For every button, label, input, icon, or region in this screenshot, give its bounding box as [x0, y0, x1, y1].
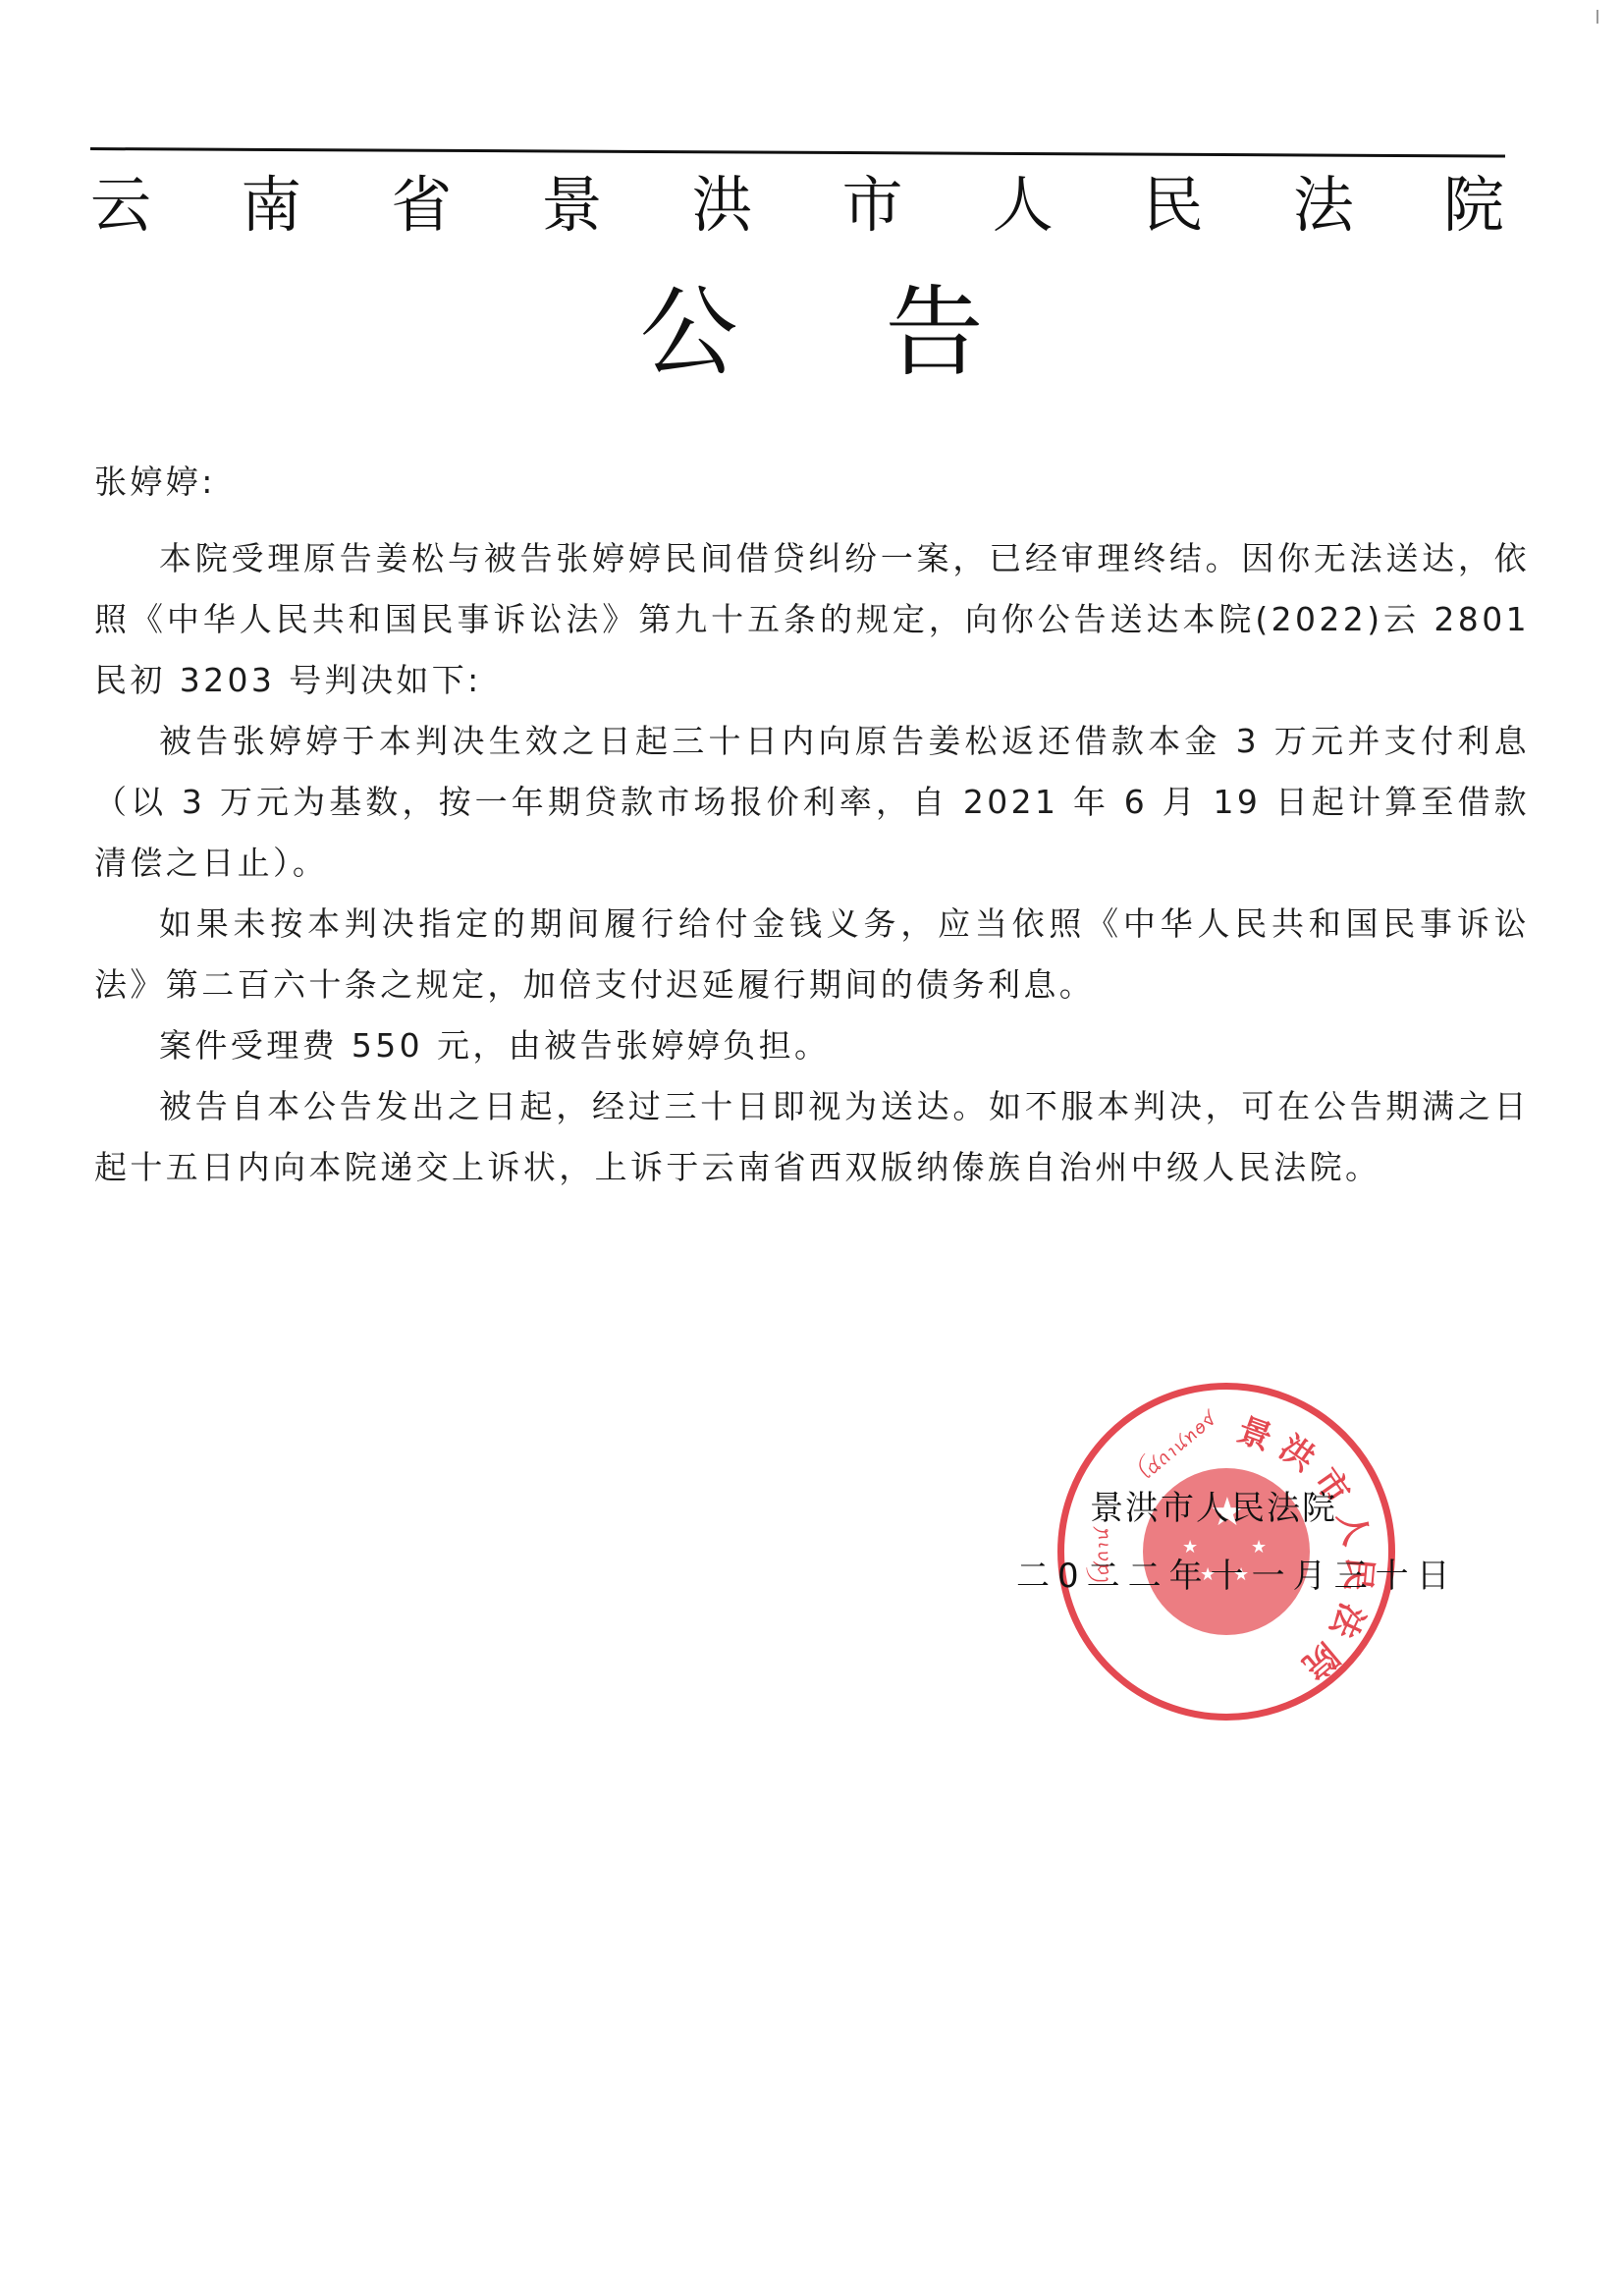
seal-arc-char: 洪: [1271, 1422, 1326, 1481]
court-name-char: 法: [1293, 156, 1354, 244]
paragraph-court-fee: 案件受理费 550 元，由被告张婷婷负担。: [94, 1015, 1530, 1076]
notice-title: 公 告: [0, 253, 1623, 361]
seal-arc-char: 法: [1322, 1597, 1380, 1648]
scan-mark: [1596, 10, 1598, 24]
paragraph-case-intro: 本院受理原告姜松与被告张婷婷民间借贷纠纷一案，已经审理终结。因你无法送达，依照《…: [94, 528, 1530, 711]
court-name-char: 南: [241, 156, 301, 244]
paragraph-late-performance: 如果未按本判决指定的期间履行给付金钱义务，应当依照《中华人民共和国民事诉讼法》第…: [94, 894, 1530, 1015]
court-name-heading: 云 南 省 景 洪 市 人 民 法 院: [90, 165, 1504, 234]
court-name-char: 民: [1143, 156, 1204, 244]
court-name-char: 省: [391, 156, 452, 244]
paragraph-appeal: 被告自本公告发出之日起，经过三十日即视为送达。如不服本判决，可在公告期满之日起十…: [94, 1076, 1530, 1198]
issuing-court-signature: 景洪市人民法院: [1090, 1481, 1337, 1529]
salutation: 张婷婷:: [94, 452, 1530, 513]
court-name-char: 云: [90, 156, 151, 244]
court-name-char: 人: [993, 156, 1054, 244]
issue-date: 二0二二年十一月三十日: [1016, 1549, 1458, 1597]
court-name-char: 洪: [691, 156, 752, 244]
paragraph-judgment: 被告张婷婷于本判决生效之日起三十日内向原告姜松返还借款本金 3 万元并支付利息（…: [94, 711, 1530, 894]
notice-body: 张婷婷: 本院受理原告姜松与被告张婷婷民间借贷纠纷一案，已经审理终结。因你无法送…: [94, 452, 1530, 1198]
notice-title-char: 公: [640, 253, 738, 361]
seal-arc-char: 院: [1294, 1634, 1351, 1692]
court-name-char: 市: [842, 156, 903, 244]
court-name-char: 景: [541, 156, 602, 244]
notice-title-char: 告: [886, 253, 984, 361]
court-name-char: 院: [1443, 156, 1504, 244]
seal-arc-char: 景: [1232, 1403, 1280, 1460]
